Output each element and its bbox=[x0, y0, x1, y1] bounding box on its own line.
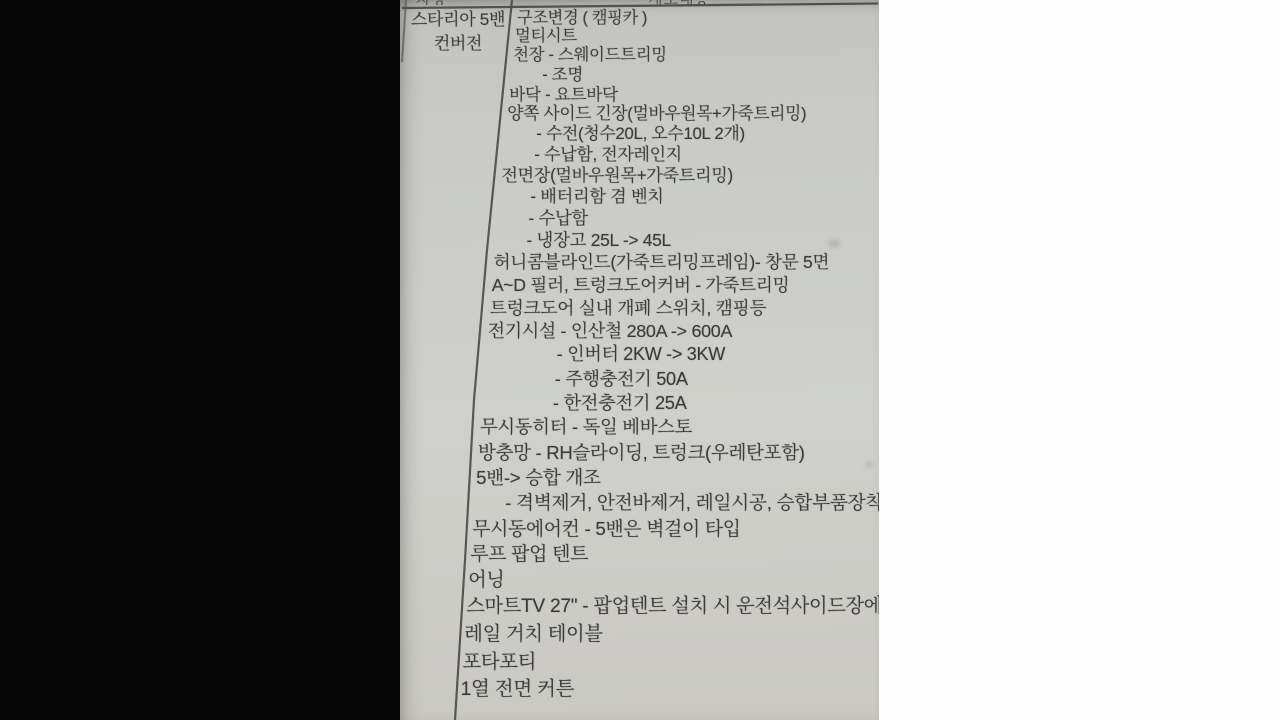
header-cell-contents-fragment: 개조내용 bbox=[648, 0, 712, 5]
list-item: 레일 거치 테이블 bbox=[464, 621, 879, 648]
list-item: 루프 팝업 텐트 bbox=[470, 542, 879, 568]
list-item: - 배터리함 겸 벤치 bbox=[530, 186, 879, 207]
list-item: 구조변경 ( 캠핑카 ) bbox=[517, 9, 879, 27]
left-pillarbox-bar bbox=[0, 0, 400, 720]
list-item: 무시동에어컨 - 5밴은 벽걸이 타입 bbox=[472, 516, 879, 542]
list-item: - 주행충전기 50A bbox=[555, 367, 879, 391]
list-item: 어닝 bbox=[468, 568, 879, 595]
header-cell-vehicle-fragment: 차량명 bbox=[416, 0, 456, 5]
list-item: 무시동히터 - 독일 베바스토 bbox=[480, 415, 879, 440]
screenshot-root: 차량명 개조내용 스타리아 5밴 컨버전 구조변경 ( 캠핑카 )멀티시트천장 … bbox=[0, 0, 1280, 720]
header-contents-label: 개조내용 bbox=[648, 0, 712, 5]
list-item: 트렁크도어 실내 개폐 스위치, 캠핑등 bbox=[490, 297, 879, 320]
list-item: 바닥 - 요트바닥 bbox=[509, 85, 879, 105]
header-vehicle-label: 차량명 bbox=[416, 0, 456, 5]
list-item: - 인버터 2KW -> 3KW bbox=[557, 343, 879, 367]
list-item: 포타포티 bbox=[462, 649, 879, 677]
list-item: - 수전(청수20L, 오수10L 2개) bbox=[536, 124, 879, 144]
list-item: 천장 - 스웨이드트리밍 bbox=[513, 46, 879, 65]
list-item: 허니콤블라인드(가죽트리밍프레임)- 창문 5면 bbox=[494, 251, 879, 273]
list-item: 양쪽 사이드 긴장(멀바우원목+가죽트리밍) bbox=[507, 104, 879, 124]
conversion-items-list: 구조변경 ( 캠핑카 )멀티시트천장 - 스웨이드트리밍- 조명바닥 - 요트바… bbox=[400, 9, 879, 704]
list-item: 전기시설 - 인산철 280A -> 600A bbox=[488, 320, 879, 343]
list-item: A~D 필러, 트렁크도어커버 - 가죽트리밍 bbox=[492, 274, 879, 297]
list-item: - 냉장고 25L -> 45L bbox=[527, 229, 880, 251]
list-item: 멀티시트 bbox=[515, 27, 879, 46]
list-item: 5밴-> 승합 개조 bbox=[476, 465, 879, 490]
paper-smudge bbox=[828, 240, 840, 247]
list-item: - 격벽제거, 안전바제거, 레일시공, 승합부품장착 등 bbox=[505, 490, 879, 516]
list-item: - 조명 bbox=[542, 65, 879, 84]
document-photo: 차량명 개조내용 스타리아 5밴 컨버전 구조변경 ( 캠핑카 )멀티시트천장 … bbox=[400, 0, 879, 720]
list-item: 전면장(멀바우원목+가죽트리밍) bbox=[501, 165, 879, 186]
list-item: - 한전충전기 25A bbox=[553, 391, 879, 415]
list-item: - 수납함, 전자레인지 bbox=[534, 145, 879, 166]
list-item: 방충망 - RH슬라이딩, 트렁크(우레탄포함) bbox=[478, 440, 879, 465]
right-white-area bbox=[879, 0, 1280, 720]
paper-smudge bbox=[865, 462, 873, 467]
list-item: 스마트TV 27" - 팝업텐트 설치 시 운전석사이드장에 bbox=[466, 594, 879, 621]
list-item: 1열 전면 커튼 bbox=[461, 676, 880, 704]
list-item: - 수납함 bbox=[529, 208, 880, 230]
